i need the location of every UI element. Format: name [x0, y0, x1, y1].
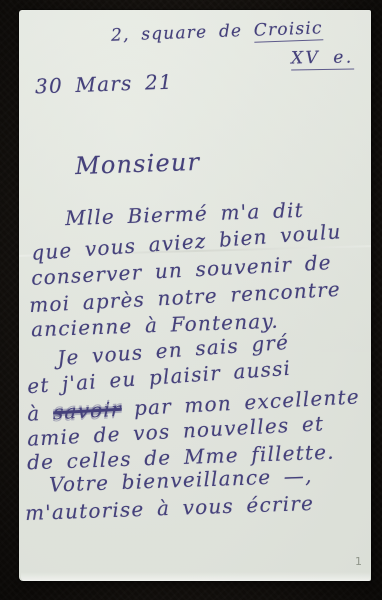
- address-city: Croisic: [253, 18, 323, 42]
- photo-background: 2, square de Croisic XV e. 30 Mars 21 Mo…: [0, 0, 382, 600]
- salutation: Monsieur: [75, 148, 201, 180]
- date-line: 30 Mars 21: [35, 70, 174, 99]
- struck-line-prefix: à: [27, 400, 54, 425]
- letter-sheet: 2, square de Croisic XV e. 30 Mars 21 Mo…: [19, 10, 371, 581]
- page-number: 1: [355, 555, 362, 568]
- body-line: m'autorise à vous écrire: [25, 491, 315, 525]
- district-line: XV e.: [291, 47, 354, 70]
- struck-word: savoir: [52, 397, 122, 425]
- address-line: 2, square de Croisic: [111, 18, 323, 45]
- address-street: 2, square de: [111, 21, 254, 46]
